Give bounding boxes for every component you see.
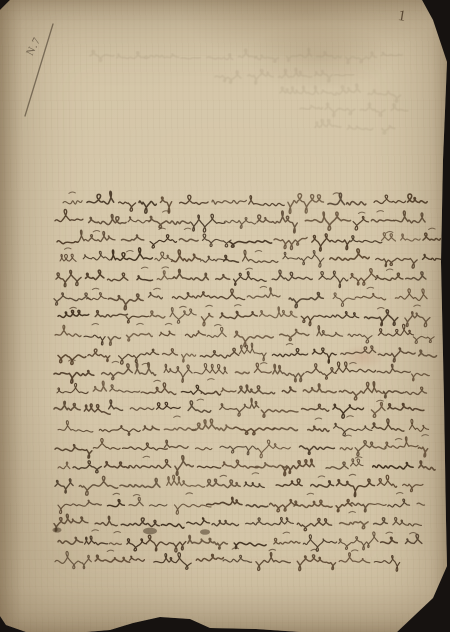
handwriting-word-stroke bbox=[374, 518, 388, 525]
abbreviation-mark-stroke bbox=[133, 495, 140, 496]
handwriting-word-stroke bbox=[86, 293, 106, 300]
handwriting-word-stroke bbox=[84, 335, 105, 345]
handwriting-word-stroke bbox=[200, 348, 238, 358]
abbreviation-mark-stroke bbox=[260, 286, 267, 287]
handwriting-word-stroke bbox=[381, 537, 398, 543]
handwriting-word-stroke bbox=[95, 555, 130, 562]
handwriting-word-stroke bbox=[164, 428, 195, 431]
abbreviation-mark-stroke bbox=[386, 232, 393, 233]
handwriting-word-stroke bbox=[351, 459, 364, 466]
abbreviation-mark-stroke bbox=[186, 493, 193, 494]
abbreviation-mark-stroke bbox=[358, 212, 365, 213]
abbreviation-mark-stroke bbox=[70, 307, 77, 308]
handwriting-word-stroke bbox=[272, 270, 312, 280]
handwriting-word-stroke bbox=[405, 312, 430, 327]
handwriting-word-stroke bbox=[256, 553, 290, 571]
handwriting-ink-layer bbox=[0, 0, 450, 632]
handwriting-word-stroke bbox=[303, 535, 337, 551]
handwriting-word-stroke bbox=[294, 500, 332, 507]
handwriting-word-stroke bbox=[108, 337, 120, 346]
handwriting-word-stroke bbox=[155, 252, 173, 261]
handwriting-word-stroke bbox=[120, 478, 160, 487]
handwriting-word-stroke bbox=[351, 503, 368, 512]
handwriting-word-stroke bbox=[234, 427, 275, 435]
ghost-showthrough-stroke bbox=[255, 55, 278, 62]
handwriting-word-stroke bbox=[403, 484, 423, 491]
handwriting-word-stroke bbox=[84, 404, 110, 414]
handwriting-word-stroke bbox=[395, 289, 427, 301]
handwriting-word-stroke bbox=[270, 500, 298, 512]
handwriting-word-stroke bbox=[339, 553, 370, 563]
handwriting-word-stroke bbox=[95, 311, 127, 317]
handwriting-word-stroke bbox=[99, 426, 140, 436]
handwriting-word-stroke bbox=[224, 218, 255, 229]
handwriting-word-stroke bbox=[179, 239, 198, 242]
abbreviation-mark-stroke bbox=[220, 475, 227, 476]
handwriting-word-stroke bbox=[108, 294, 143, 310]
handwriting-word-stroke bbox=[220, 311, 257, 318]
handwriting-word-stroke bbox=[89, 214, 127, 224]
handwriting-word-stroke bbox=[376, 258, 418, 268]
handwriting-word-stroke bbox=[137, 276, 153, 281]
abbreviation-mark-stroke bbox=[386, 532, 393, 533]
handwriting-word-stroke bbox=[297, 555, 335, 571]
handwriting-word-stroke bbox=[182, 354, 196, 362]
handwriting-word-stroke bbox=[341, 346, 376, 355]
handwriting-word-stroke bbox=[283, 250, 324, 267]
ghost-showthrough-stroke bbox=[215, 71, 241, 83]
handwriting-word-stroke bbox=[273, 364, 304, 382]
handwriting-word-stroke bbox=[297, 518, 332, 530]
handwriting-word-stroke bbox=[57, 241, 79, 244]
abbreviation-mark-stroke bbox=[396, 493, 403, 494]
handwriting-word-stroke bbox=[197, 466, 220, 468]
ghost-showthrough-stroke bbox=[315, 71, 332, 82]
handwriting-word-stroke bbox=[308, 426, 329, 431]
handwriting-word-stroke bbox=[413, 336, 434, 343]
handwriting-word-stroke bbox=[58, 537, 83, 544]
handwriting-word-stroke bbox=[109, 400, 123, 411]
handwriting-word-stroke bbox=[259, 307, 297, 318]
handwriting-word-stroke bbox=[340, 448, 352, 450]
handwriting-word-stroke bbox=[150, 504, 167, 506]
handwriting-word-stroke bbox=[58, 421, 93, 433]
handwriting-word-stroke bbox=[58, 504, 86, 514]
abbreviation-mark-stroke bbox=[286, 344, 293, 345]
handwriting-word-stroke bbox=[126, 316, 148, 323]
ghost-showthrough-stroke bbox=[321, 90, 336, 95]
abbreviation-mark-stroke bbox=[395, 439, 402, 440]
handwriting-word-stroke bbox=[130, 408, 154, 410]
folio-number: 1 bbox=[397, 8, 415, 27]
abbreviation-mark-stroke bbox=[127, 251, 134, 252]
handwriting-word-stroke bbox=[108, 500, 125, 507]
handwriting-word-stroke bbox=[55, 552, 91, 569]
handwriting-word-stroke bbox=[201, 313, 213, 325]
handwriting-word-stroke bbox=[244, 482, 264, 487]
handwriting-word-stroke bbox=[299, 446, 334, 455]
handwriting-word-stroke bbox=[368, 504, 386, 506]
abbreviation-mark-stroke bbox=[92, 288, 99, 289]
handwriting-word-stroke bbox=[55, 479, 73, 493]
handwriting-word-stroke bbox=[247, 288, 280, 298]
abbreviation-mark-stroke bbox=[283, 532, 290, 533]
handwriting-word-stroke bbox=[83, 251, 111, 260]
abbreviation-mark-stroke bbox=[255, 251, 262, 252]
abbreviation-mark-stroke bbox=[208, 379, 215, 380]
handwriting-word-stroke bbox=[347, 202, 366, 205]
handwriting-word-stroke bbox=[272, 349, 307, 357]
handwriting-word-stroke bbox=[149, 216, 190, 228]
handwriting-word-stroke bbox=[230, 241, 272, 248]
abbreviation-mark-stroke bbox=[69, 192, 76, 193]
handwriting-word-stroke bbox=[63, 201, 82, 204]
handwriting-word-stroke bbox=[289, 292, 323, 307]
handwriting-word-stroke bbox=[173, 269, 208, 280]
abbreviation-mark-stroke bbox=[180, 306, 187, 307]
handwriting-word-stroke bbox=[221, 388, 236, 392]
abbreviation-mark-stroke bbox=[350, 363, 357, 364]
handwriting-word-stroke bbox=[306, 364, 336, 380]
handwriting-word-stroke bbox=[188, 535, 228, 549]
abbreviation-mark-stroke bbox=[215, 325, 222, 326]
abbreviation-mark-stroke bbox=[206, 305, 213, 306]
handwriting-word-stroke bbox=[418, 447, 427, 457]
handwriting-word-stroke bbox=[121, 518, 159, 527]
handwriting-word-stroke bbox=[55, 209, 83, 221]
ghost-showthrough-stroke bbox=[336, 84, 361, 94]
ghost-showthrough-stroke bbox=[280, 86, 319, 94]
abbreviation-mark-stroke bbox=[351, 550, 358, 551]
handwriting-word-stroke bbox=[185, 331, 205, 337]
handwriting-word-stroke bbox=[202, 234, 231, 247]
ghost-showthrough-stroke bbox=[335, 74, 354, 76]
ghost-showthrough-stroke bbox=[382, 126, 395, 134]
ghost-showthrough-stroke bbox=[315, 119, 341, 127]
handwriting-word-stroke bbox=[220, 398, 259, 416]
handwriting-word-stroke bbox=[119, 349, 159, 364]
handwriting-word-stroke bbox=[408, 194, 428, 203]
handwriting-word-stroke bbox=[108, 273, 128, 281]
abbreviation-mark-stroke bbox=[349, 474, 356, 475]
abbreviation-mark-stroke bbox=[92, 324, 99, 325]
ghost-showthrough-stroke bbox=[381, 52, 402, 56]
ghost-showthrough-stroke bbox=[90, 51, 114, 62]
handwriting-word-stroke bbox=[372, 419, 404, 431]
handwriting-word-stroke bbox=[393, 518, 422, 526]
handwriting-word-stroke bbox=[353, 216, 369, 230]
handwriting-word-stroke bbox=[180, 195, 209, 204]
handwriting-word-stroke bbox=[207, 327, 226, 337]
abbreviation-mark-stroke bbox=[107, 550, 114, 551]
handwriting-word-stroke bbox=[243, 250, 278, 262]
abbreviation-mark-stroke bbox=[367, 287, 374, 288]
handwriting-word-stroke bbox=[388, 499, 410, 507]
handwriting-word-stroke bbox=[319, 271, 348, 288]
ghost-showthrough-stroke bbox=[368, 90, 400, 102]
handwriting-word-stroke bbox=[234, 331, 273, 346]
handwriting-word-stroke bbox=[54, 370, 94, 383]
abbreviation-mark-stroke bbox=[141, 267, 148, 268]
handwriting-word-stroke bbox=[135, 363, 156, 376]
ghost-showthrough-stroke bbox=[325, 103, 355, 116]
handwriting-word-stroke bbox=[143, 426, 159, 430]
handwriting-word-stroke bbox=[165, 440, 189, 448]
handwriting-word-stroke bbox=[60, 254, 76, 261]
abbreviation-mark-stroke bbox=[162, 267, 169, 268]
handwriting-word-stroke bbox=[223, 555, 252, 562]
handwriting-word-stroke bbox=[274, 538, 300, 544]
handwriting-word-stroke bbox=[333, 293, 355, 306]
handwriting-word-stroke bbox=[222, 460, 258, 468]
ghost-showthrough-stroke bbox=[117, 52, 147, 59]
ghost-showthrough-stroke bbox=[300, 105, 322, 109]
handwriting-word-stroke bbox=[348, 334, 372, 343]
handwriting-word-stroke bbox=[377, 475, 396, 487]
handwriting-word-stroke bbox=[384, 391, 404, 398]
handwriting-word-stroke bbox=[127, 539, 147, 551]
handwriting-word-stroke bbox=[79, 476, 118, 495]
handwriting-word-stroke bbox=[95, 516, 117, 526]
handwriting-word-stroke bbox=[154, 553, 191, 570]
handwriting-word-stroke bbox=[58, 462, 70, 469]
handwriting-word-stroke bbox=[288, 194, 324, 214]
photograph-background: 1 N.7 bbox=[0, 0, 450, 632]
handwriting-word-stroke bbox=[394, 211, 425, 223]
abbreviation-mark-stroke bbox=[252, 473, 259, 474]
handwriting-word-stroke bbox=[172, 250, 201, 262]
handwriting-word-stroke bbox=[102, 364, 133, 380]
handwriting-word-stroke bbox=[249, 196, 285, 206]
abbreviation-mark-stroke bbox=[355, 457, 362, 458]
handwriting-word-stroke bbox=[355, 293, 385, 299]
handwriting-word-stroke bbox=[139, 201, 156, 213]
handwriting-word-stroke bbox=[378, 348, 415, 362]
abbreviation-mark-stroke bbox=[414, 305, 421, 306]
handwriting-word-stroke bbox=[328, 193, 345, 205]
handwriting-word-stroke bbox=[301, 315, 326, 325]
handwriting-word-stroke bbox=[212, 520, 239, 525]
handwriting-word-stroke bbox=[419, 461, 435, 470]
handwriting-word-stroke bbox=[365, 310, 398, 326]
ink-blot bbox=[53, 527, 62, 532]
handwriting-word-stroke bbox=[181, 385, 202, 394]
handwriting-word-stroke bbox=[382, 233, 396, 241]
abbreviation-mark-stroke bbox=[113, 493, 120, 494]
handwriting-word-stroke bbox=[234, 542, 266, 548]
handwriting-word-stroke bbox=[55, 325, 81, 336]
abbreviation-mark-stroke bbox=[92, 530, 99, 531]
handwriting-word-stroke bbox=[312, 234, 350, 251]
handwriting-word-stroke bbox=[412, 373, 430, 381]
handwriting-word-stroke bbox=[326, 462, 348, 469]
handwriting-word-stroke bbox=[340, 522, 369, 529]
handwriting-word-stroke bbox=[57, 383, 88, 393]
handwriting-word-stroke bbox=[150, 235, 177, 248]
handwriting-word-stroke bbox=[409, 419, 428, 431]
handwriting-word-stroke bbox=[374, 195, 406, 203]
handwriting-word-stroke bbox=[159, 331, 174, 336]
abbreviation-mark-stroke bbox=[197, 399, 204, 400]
handwriting-word-stroke bbox=[406, 272, 426, 280]
handwriting-word-stroke bbox=[109, 543, 121, 545]
handwriting-word-stroke bbox=[282, 459, 314, 476]
handwriting-word-stroke bbox=[405, 387, 427, 394]
ghost-showthrough-stroke bbox=[181, 57, 200, 59]
manuscript-page: 1 N.7 bbox=[0, 0, 450, 632]
handwriting-word-stroke bbox=[279, 517, 293, 524]
handwriting-word-stroke bbox=[419, 350, 437, 357]
handwriting-word-stroke bbox=[162, 349, 177, 355]
handwriting-word-stroke bbox=[261, 409, 298, 417]
abbreviation-mark-stroke bbox=[154, 288, 161, 289]
handwriting-word-stroke bbox=[334, 423, 372, 435]
handwriting-word-stroke bbox=[128, 217, 151, 223]
handwriting-word-stroke bbox=[350, 269, 375, 286]
abbreviation-mark-stroke bbox=[269, 549, 276, 550]
handwriting-word-stroke bbox=[325, 312, 359, 318]
handwriting-word-stroke bbox=[351, 236, 382, 243]
abbreviation-mark-stroke bbox=[347, 416, 354, 417]
handwriting-word-stroke bbox=[377, 364, 410, 373]
handwriting-word-stroke bbox=[127, 333, 153, 341]
handwriting-word-stroke bbox=[374, 556, 399, 572]
handwriting-word-stroke bbox=[188, 401, 211, 412]
handwriting-word-stroke bbox=[157, 271, 173, 280]
handwriting-word-stroke bbox=[311, 481, 334, 487]
ghost-showthrough-stroke bbox=[279, 68, 312, 77]
abbreviation-mark-stroke bbox=[429, 228, 436, 229]
handwriting-word-stroke bbox=[224, 255, 239, 262]
handwriting-word-stroke bbox=[187, 518, 210, 525]
handwriting-word-stroke bbox=[123, 443, 168, 450]
handwriting-word-stroke bbox=[196, 554, 223, 561]
handwriting-word-stroke bbox=[220, 446, 258, 455]
handwriting-word-stroke bbox=[170, 308, 196, 324]
handwriting-word-stroke bbox=[280, 329, 309, 340]
handwriting-word-stroke bbox=[93, 381, 106, 391]
ghost-showthrough-stroke bbox=[360, 103, 385, 116]
handwriting-word-stroke bbox=[376, 273, 403, 280]
abbreviation-mark-stroke bbox=[143, 456, 150, 457]
ink-blot bbox=[143, 528, 157, 535]
handwriting-word-stroke bbox=[330, 249, 369, 260]
handwriting-word-stroke bbox=[122, 235, 144, 241]
handwriting-word-stroke bbox=[423, 233, 440, 240]
handwriting-word-stroke bbox=[161, 524, 184, 529]
handwriting-word-stroke bbox=[56, 270, 81, 286]
abbreviation-mark-stroke bbox=[307, 493, 314, 494]
handwriting-word-stroke bbox=[339, 382, 384, 400]
handwriting-word-stroke bbox=[195, 448, 212, 450]
abbreviation-mark-stroke bbox=[93, 231, 100, 232]
handwriting-word-stroke bbox=[111, 248, 152, 260]
handwriting-word-stroke bbox=[150, 311, 165, 318]
abbreviation-mark-stroke bbox=[422, 435, 429, 436]
abbreviation-mark-stroke bbox=[165, 323, 172, 324]
abbreviation-mark-stroke bbox=[378, 308, 385, 309]
handwriting-word-stroke bbox=[201, 391, 220, 395]
handwriting-word-stroke bbox=[388, 403, 424, 410]
handwriting-word-stroke bbox=[238, 385, 275, 394]
handwriting-word-stroke bbox=[175, 456, 193, 476]
handwriting-word-stroke bbox=[258, 440, 290, 458]
handwriting-word-stroke bbox=[58, 310, 89, 317]
handwriting-word-stroke bbox=[157, 402, 181, 409]
handwriting-word-stroke bbox=[164, 364, 192, 382]
handwriting-word-stroke bbox=[385, 437, 418, 449]
handwriting-word-stroke bbox=[79, 230, 115, 241]
handwriting-word-stroke bbox=[175, 504, 212, 514]
handwriting-word-stroke bbox=[371, 402, 385, 417]
abbreviation-mark-stroke bbox=[315, 418, 322, 419]
abbreviation-mark-stroke bbox=[260, 363, 267, 364]
handwriting-word-stroke bbox=[105, 462, 130, 468]
handwriting-word-stroke bbox=[216, 275, 230, 280]
handwriting-word-stroke bbox=[93, 439, 120, 450]
handwriting-word-stroke bbox=[191, 214, 225, 232]
handwriting-word-stroke bbox=[172, 292, 212, 299]
handwriting-word-stroke bbox=[282, 387, 296, 393]
abbreviation-mark-stroke bbox=[235, 305, 242, 306]
handwriting-word-stroke bbox=[129, 460, 171, 469]
abbreviation-mark-stroke bbox=[345, 435, 352, 436]
handwriting-word-stroke bbox=[85, 536, 108, 545]
handwriting-word-stroke bbox=[417, 503, 425, 505]
ghost-showthrough-stroke bbox=[347, 125, 372, 130]
handwriting-word-stroke bbox=[130, 556, 145, 561]
handwriting-word-stroke bbox=[336, 479, 374, 496]
handwriting-word-stroke bbox=[194, 363, 227, 374]
handwriting-word-stroke bbox=[110, 385, 140, 393]
handwriting-word-stroke bbox=[246, 505, 268, 508]
handwriting-word-stroke bbox=[207, 497, 242, 505]
ghost-showthrough-stroke bbox=[145, 54, 179, 58]
abbreviation-mark-stroke bbox=[386, 269, 393, 270]
handwriting-word-stroke bbox=[371, 219, 394, 222]
handwriting-word-stroke bbox=[212, 200, 246, 204]
handwriting-word-stroke bbox=[146, 535, 185, 552]
abbreviation-mark-stroke bbox=[377, 211, 384, 212]
handwriting-word-stroke bbox=[373, 463, 413, 469]
ghost-showthrough-stroke bbox=[317, 52, 342, 59]
handwriting-word-stroke bbox=[276, 479, 302, 486]
abbreviation-mark-stroke bbox=[159, 228, 166, 229]
handwriting-word-stroke bbox=[305, 212, 350, 230]
handwriting-word-stroke bbox=[119, 202, 136, 211]
handwriting-word-stroke bbox=[86, 270, 104, 279]
ghost-showthrough-stroke bbox=[391, 104, 408, 111]
handwriting-word-stroke bbox=[129, 497, 143, 506]
handwriting-word-stroke bbox=[339, 532, 378, 550]
abbreviation-mark-stroke bbox=[410, 533, 417, 534]
ghost-showthrough-stroke bbox=[287, 48, 312, 61]
ink-blot bbox=[200, 529, 210, 535]
handwriting-word-stroke bbox=[312, 348, 336, 363]
handwriting-word-stroke bbox=[73, 461, 101, 473]
handwriting-word-stroke bbox=[87, 191, 114, 204]
handwriting-word-stroke bbox=[192, 419, 233, 430]
handwriting-word-stroke bbox=[148, 292, 162, 298]
handwriting-word-stroke bbox=[303, 384, 336, 393]
abbreviation-mark-stroke bbox=[114, 532, 121, 533]
handwriting-word-stroke bbox=[235, 372, 249, 374]
handwriting-word-stroke bbox=[355, 441, 386, 456]
handwriting-word-stroke bbox=[54, 293, 90, 305]
handwriting-word-stroke bbox=[317, 326, 343, 337]
abbreviation-mark-stroke bbox=[154, 380, 161, 381]
handwriting-word-stroke bbox=[401, 234, 421, 241]
